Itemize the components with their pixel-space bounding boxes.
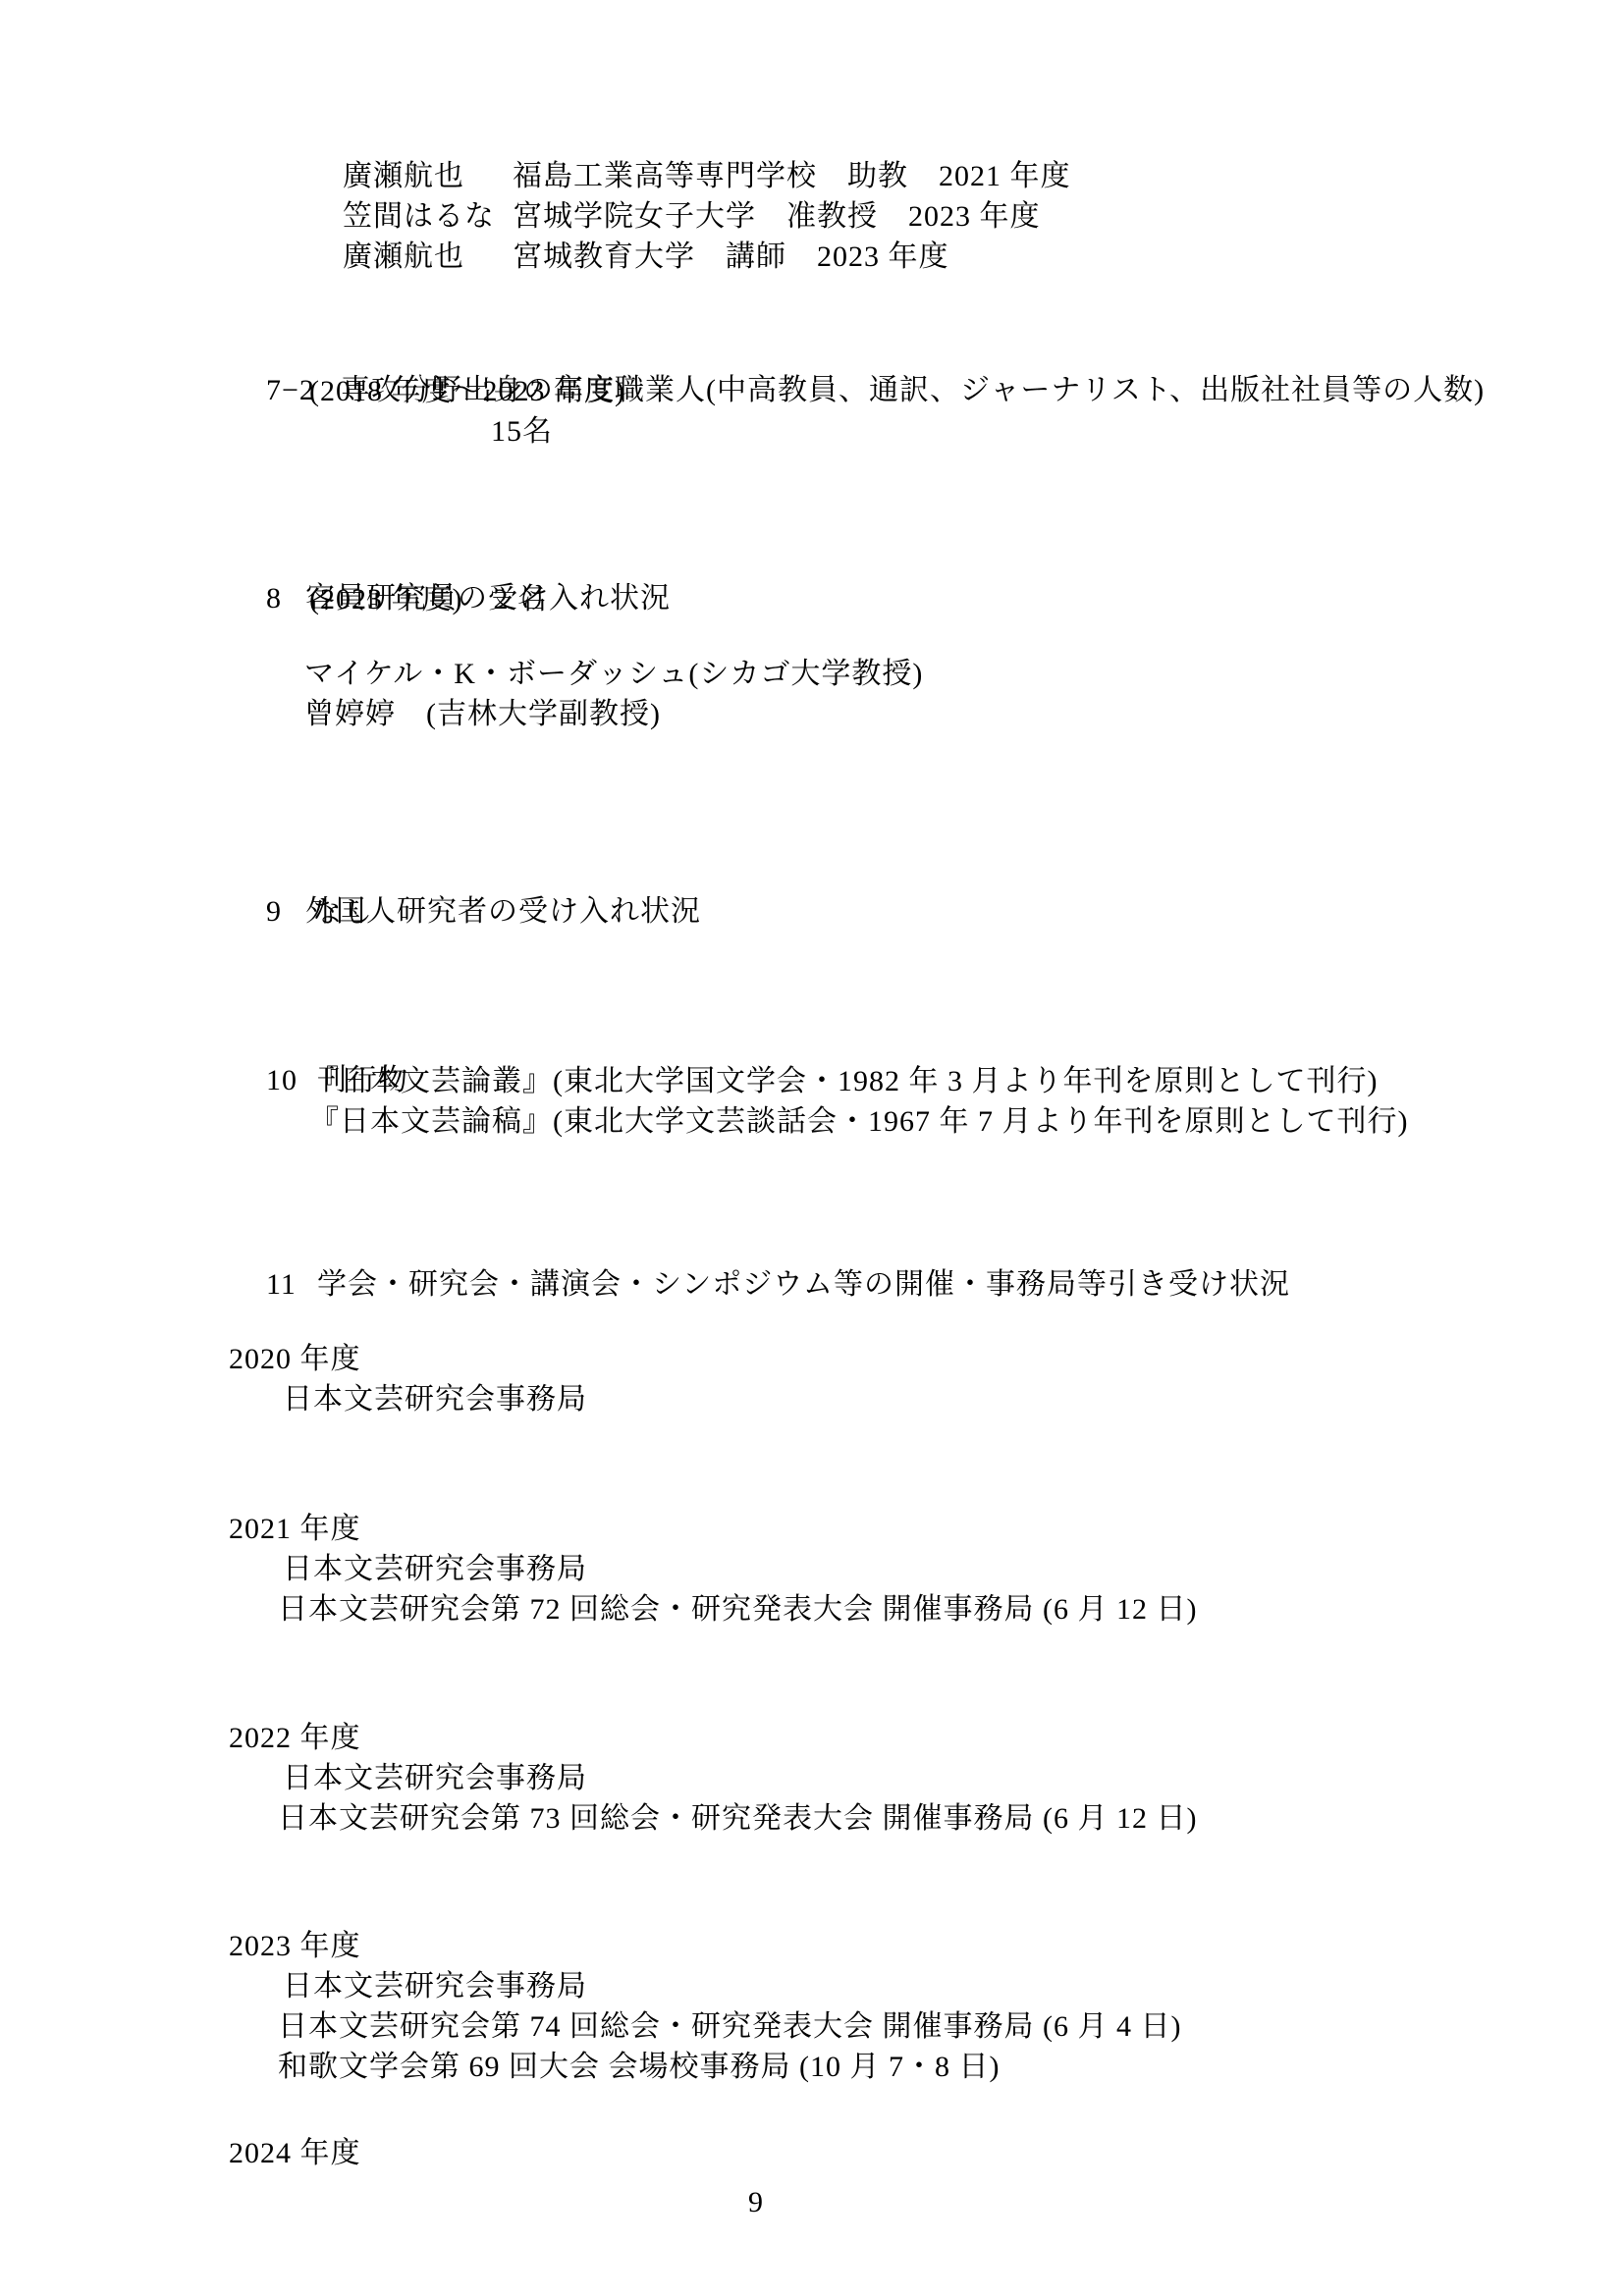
section-11-header: 11学会・研究会・講演会・シンポジウム等の開催・事務局等引き受け状況 [233, 1226, 1290, 1344]
section-number: 9 [266, 892, 305, 932]
visiting-researcher: 曾婷婷 (吉林大学副教授) [304, 695, 661, 734]
section-7-2-count: 15名 [491, 412, 553, 452]
year-item: 日本文芸研究会事務局 [283, 1380, 587, 1419]
section-9-note: なし [312, 893, 373, 933]
visiting-researcher: マイケル・K・ボーダッシュ(シカゴ大学教授) [304, 655, 923, 694]
year-heading: 2024 年度 [229, 2134, 361, 2173]
section-number: 11 [266, 1265, 317, 1305]
document-page: 廣瀬航也福島工業高等専門学校 助教 2021 年度 笠間はるな宮城学院女子大学 … [0, 0, 1624, 2296]
page-number: 9 [0, 2183, 1512, 2222]
year-item: 日本文芸研究会第 74 回総会・研究発表大会 開催事務局 (6 月 4 日) [278, 2007, 1181, 2047]
section-number: 8 [266, 579, 305, 618]
section-9-header: 9外国人研究者の受け入れ状況 [233, 853, 701, 971]
year-item: 和歌文学会第 69 回大会 会場校事務局 (10 月 7・8 日) [278, 2048, 1000, 2087]
appointment-name: 廣瀬航也 [343, 238, 513, 277]
year-heading: 2023 年度 [229, 1927, 361, 1966]
publication-item: 『日本文芸論叢』(東北大学国文学会・1982 年 3 月より年刊を原則として刊行… [309, 1062, 1378, 1101]
year-item: 日本文芸研究会事務局 [283, 1759, 587, 1798]
year-item: 日本文芸研究会事務局 [283, 1967, 587, 2006]
section-title: 学会・研究会・講演会・シンポジウム等の開催・事務局等引き受け状況 [317, 1268, 1290, 1301]
appointment-row: 廣瀬航也宮城教育大学 講師 2023 年度 [309, 198, 949, 316]
appointment-detail: 宮城教育大学 講師 2023 年度 [513, 240, 949, 273]
section-7-2-period: (2018 年度～2023 年度) [309, 372, 625, 411]
year-item: 日本文芸研究会事務局 [283, 1550, 587, 1589]
year-heading: 2022 年度 [229, 1719, 361, 1758]
year-heading: 2020 年度 [229, 1340, 361, 1379]
section-8-period: (2023 年度) 2 名 [309, 580, 548, 619]
year-heading: 2021 年度 [229, 1510, 361, 1549]
year-item: 日本文芸研究会第 73 回総会・研究発表大会 開催事務局 (6 月 12 日) [278, 1799, 1197, 1839]
year-item: 日本文芸研究会第 72 回総会・研究発表大会 開催事務局 (6 月 12 日) [278, 1590, 1197, 1629]
publication-item: 『日本文芸論稿』(東北大学文芸談話会・1967 年 7 月より年刊を原則として刊… [309, 1102, 1408, 1142]
